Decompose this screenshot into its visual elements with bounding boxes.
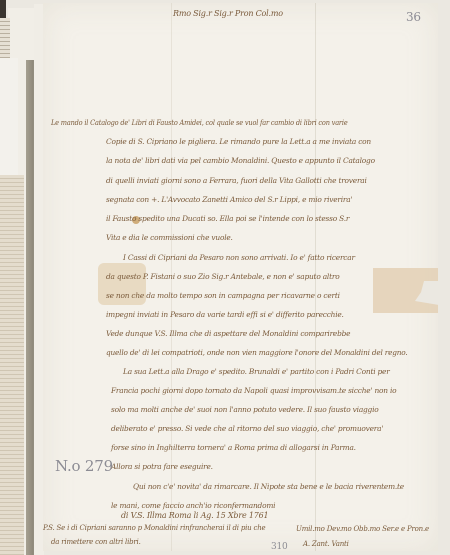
letter-line: segnata con +. L'Avvocato Zanetti Amico … xyxy=(106,190,352,209)
letter-line: Vita e dia le commissioni che vuole. xyxy=(106,228,233,247)
letter-line: se non che da molto tempo son in campagn… xyxy=(106,286,340,305)
letter-line: Allora si potra fare eseguire. xyxy=(111,457,213,476)
newspaper-fragment-top xyxy=(0,18,10,58)
letter-line: deliberato e' presso. Si vede che al rit… xyxy=(111,419,383,438)
signature-closing: Umil.mo Dev.mo Obb.mo Ser.e e Pron.e xyxy=(296,525,429,533)
letter-line: Francia pochi giorni dopo tornato da Nap… xyxy=(111,381,396,400)
letter-line: il Fausto spedito una Ducati so. Ella po… xyxy=(106,209,349,228)
letter-line: Le mando il Catalogo de' Libri di Fausto… xyxy=(51,113,348,132)
letter-line: solo ma molti anche de' suoi non l'anno … xyxy=(111,400,379,419)
archive-number: N.o 279 xyxy=(55,457,113,475)
scan-background: Rmo Sig.r Sig.r Pron Col.mo 36 Le mando … xyxy=(0,0,450,555)
letter-line: quello de' di lei compatrioti, onde non … xyxy=(106,343,407,362)
letter-salutation: Rmo Sig.r Sig.r Pron Col.mo xyxy=(173,9,283,18)
folio-number: 36 xyxy=(406,10,421,24)
letter-line: la nota de' libri dati via pel cambio Mo… xyxy=(106,151,375,170)
page-number: 310 xyxy=(271,542,288,552)
letter-line: Qui non c'e' novita' da rimarcare. Il Ni… xyxy=(133,477,404,496)
postscript-line: P.S. Se i di Cipriani saranno p Monaldin… xyxy=(43,524,265,532)
letter-line: impegni inviati in Pesaro da varie tardi… xyxy=(106,305,344,324)
letter-line: forse sino in Inghilterra tornera' a Rom… xyxy=(111,438,356,457)
postscript-line: da rimettere con altri libri. xyxy=(51,538,141,546)
letter-line: La sua Lett.a alla Drago e' spedito. Bru… xyxy=(123,362,390,381)
newspaper-fragment xyxy=(0,175,24,555)
letter-line: di quelli inviati giorni sono a Ferrara,… xyxy=(106,171,367,190)
letter-line: Vede dunque V.S. Illma che di aspettare … xyxy=(106,324,350,343)
letter-page: Rmo Sig.r Sig.r Pron Col.mo 36 Le mando … xyxy=(43,3,438,551)
date-line: di V.S. Illma Roma li Ag. 15 Xbre 1761 xyxy=(121,511,268,520)
signature-name: A. Zant. Vanti xyxy=(303,540,349,548)
letter-line: I Cassi di Cipriani da Pesaro non sono a… xyxy=(123,248,355,267)
inserted-slip xyxy=(0,58,18,176)
letter-line: Copie di S. Cipriano le pigliera. Le rim… xyxy=(106,132,371,151)
letter-line: da questo P. Fistani o suo Zio Sig.r Ant… xyxy=(106,267,339,286)
